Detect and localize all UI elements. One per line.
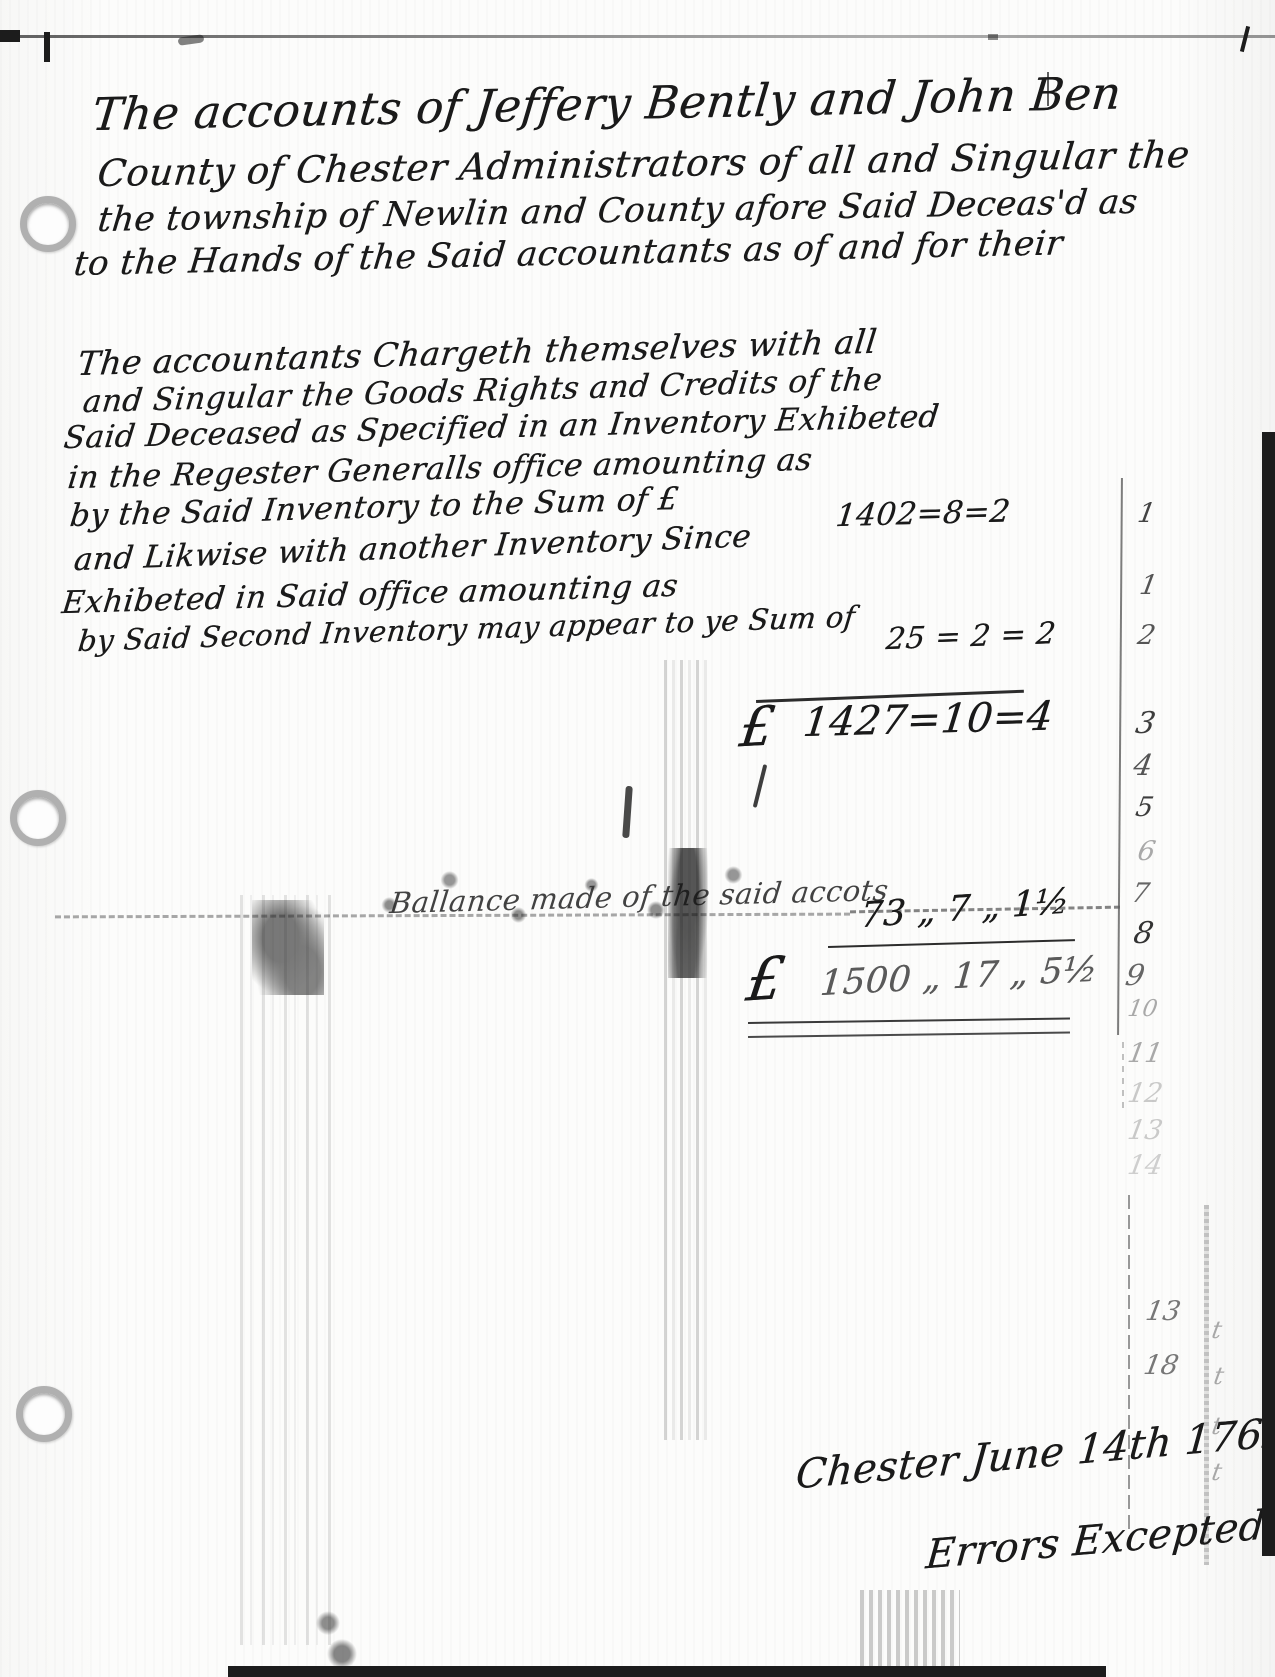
scanned-document-page: The accounts of Jeffery Bently and John … [0, 0, 1275, 1677]
balance-amount: 73 „ 7 „ 1½ [859, 881, 1071, 936]
first-inventory-amount: 1402=8=2 [834, 493, 1012, 534]
stain-band-center [664, 660, 712, 1440]
final-total-rule-1 [748, 1018, 1070, 1024]
scan-artifact [44, 32, 50, 62]
stain-band-left [240, 895, 335, 1645]
total-currency: £ [736, 694, 779, 759]
edge-mark: t [1210, 1316, 1225, 1344]
scan-artifact [753, 764, 768, 808]
margin-number: 3 [1133, 706, 1158, 741]
margin-number: 13 [1125, 1115, 1165, 1146]
margin-rule [1128, 1195, 1130, 1530]
final-total-rule-2 [748, 1032, 1070, 1038]
margin-number: 6 [1135, 836, 1158, 867]
stain-bottom [860, 1590, 960, 1677]
margin-number: 11 [1125, 1038, 1165, 1069]
edge-mark: t [1212, 1362, 1227, 1390]
margin-number: 2 [1135, 620, 1158, 651]
punch-hole [16, 1386, 72, 1442]
margin-number: 5 [1133, 792, 1156, 823]
margin-number: 10 [1126, 996, 1160, 1022]
margin-number: 14 [1125, 1150, 1165, 1181]
final-total-amount: 1500 „ 17 „ 5½ [818, 949, 1099, 1004]
margin-number: 7 [1129, 878, 1152, 909]
footer-place-date: Chester June 14th 1762 [794, 1409, 1275, 1499]
second-inventory-amount: 25 = 2 = 2 [884, 616, 1057, 657]
heading-line-1: The accounts of Jeffery Bently and John … [90, 66, 1124, 141]
margin-number: 1 [1135, 498, 1158, 529]
margin-rule [1122, 1042, 1124, 1112]
scanner-bar-bottom [228, 1666, 1106, 1677]
total-amount: 1427=10=4 [801, 693, 1056, 746]
final-total-currency: £ [742, 943, 789, 1014]
margin-number: 9 [1123, 958, 1147, 992]
scan-artifact [1240, 26, 1250, 52]
footer-errors-excepted: Errors Excepted [924, 1502, 1267, 1578]
margin-number: 8 [1131, 916, 1156, 951]
scan-artifact [178, 34, 205, 46]
margin-number: 12 [1125, 1078, 1165, 1109]
scan-artifact [0, 30, 20, 42]
balance-label: Ballance made of the said accots [388, 873, 890, 920]
margin-number: 1 [1137, 570, 1160, 601]
punch-hole [20, 196, 76, 252]
margin-number: 4 [1131, 748, 1155, 782]
margin-rule [1117, 478, 1123, 1035]
stain-blob [668, 848, 708, 978]
punch-hole [10, 790, 66, 846]
scan-artifact [988, 34, 998, 40]
stain-blob [252, 900, 324, 995]
edge-mark: t [1210, 1458, 1225, 1486]
margin-number-lower: 18 [1141, 1350, 1181, 1381]
scan-artifact [622, 786, 633, 838]
margin-number-lower: 13 [1143, 1296, 1183, 1327]
final-total-topline [828, 939, 1075, 948]
scanner-bar-right [1262, 432, 1275, 1556]
